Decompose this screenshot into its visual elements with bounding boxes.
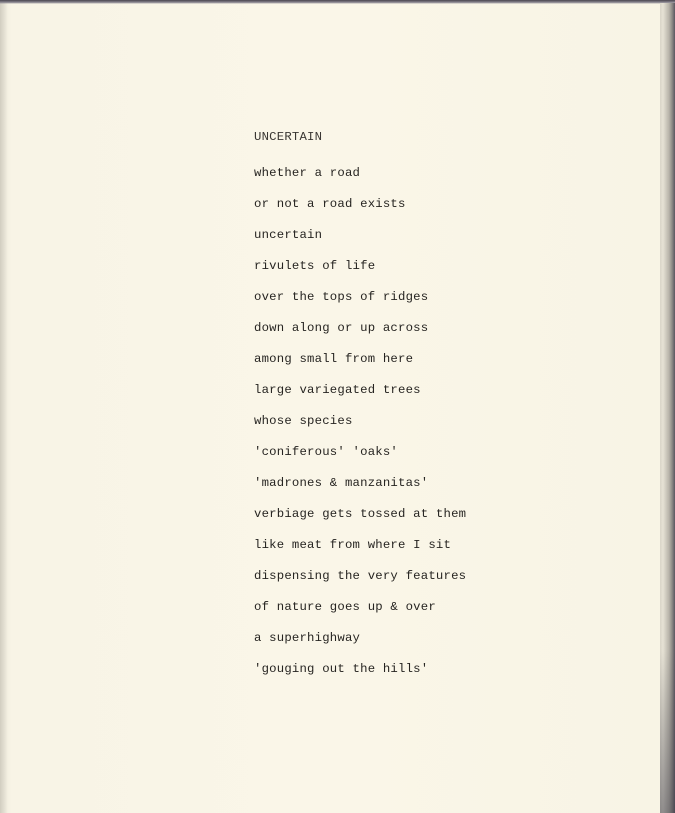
page-top-edge [0, 0, 675, 4]
poem-line: a superhighway [254, 629, 466, 660]
poem-line: over the tops of ridges [254, 288, 466, 319]
poem-line: among small from here [254, 350, 466, 381]
binding-shadow [0, 0, 8, 813]
poem-line: 'madrones & manzanitas' [254, 474, 466, 505]
poem-line: dispensing the very features [254, 567, 466, 598]
poem-line: rivulets of life [254, 257, 466, 288]
poem-line: down along or up across [254, 319, 466, 350]
poem-line: large variegated trees [254, 381, 466, 412]
poem-line: verbiage gets tossed at them [254, 505, 466, 536]
poem-line: whether a road [254, 164, 466, 195]
poem-line: like meat from where I sit [254, 536, 466, 567]
poem-line: uncertain [254, 226, 466, 257]
poem-line: or not a road exists [254, 195, 466, 226]
poem-line: of nature goes up & over [254, 598, 466, 629]
poem-line: whose species [254, 412, 466, 443]
poem-line: 'coniferous' 'oaks' [254, 443, 466, 474]
poem-line: 'gouging out the hills' [254, 660, 466, 691]
page-stack-edge [660, 3, 675, 813]
poem: UNCERTAIN whether a road or not a road e… [254, 128, 466, 691]
poem-title: UNCERTAIN [254, 128, 466, 164]
